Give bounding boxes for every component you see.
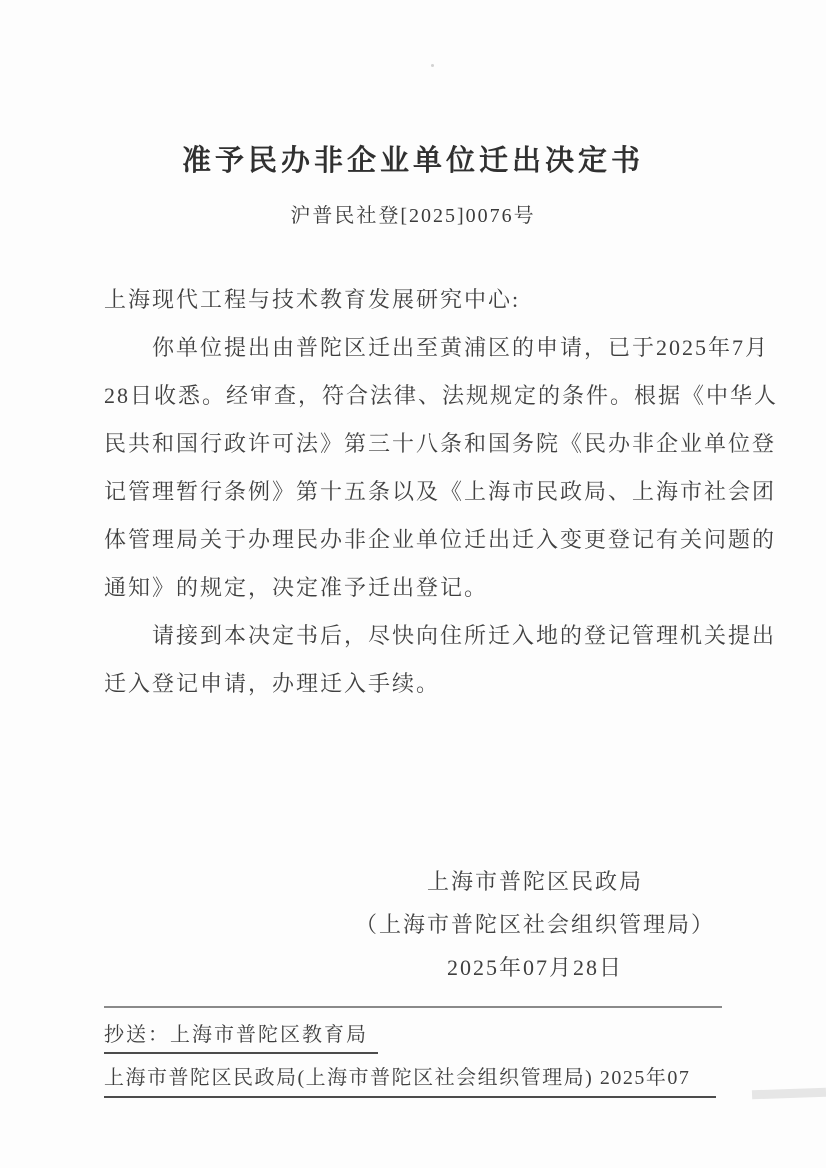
signature-date: 2025年07月28日 — [330, 946, 740, 989]
signature-block: 上海市普陀区民政局 （上海市普陀区社会组织管理局） 2025年07月28日 — [330, 860, 740, 989]
document-body: 上海现代工程与技术教育发展研究中心: 你单位提出由普陀区迁出至黄浦区的申请，已于… — [104, 276, 726, 708]
footer-divider — [104, 1006, 722, 1008]
body-line: 体管理局关于办理民办非企业单位迁出迁入变更登记有关问题的 — [104, 516, 726, 564]
body-line: 迁入登记申请，办理迁入手续。 — [104, 660, 726, 708]
cc-line: 抄送：上海市普陀区教育局 — [104, 1018, 378, 1054]
issuer-line: 上海市普陀区民政局(上海市普陀区社会组织管理局) 2025年07 — [104, 1061, 716, 1098]
signature-org-alt: （上海市普陀区社会组织管理局） — [330, 903, 740, 946]
scan-artifact-smudge — [752, 1088, 826, 1100]
body-line: 民共和国行政许可法》第三十八条和国务院《民办非企业单位登 — [104, 420, 726, 468]
scanned-document-page: 准予民办非企业单位迁出决定书 沪普民社登[2025]0076号 上海现代工程与技… — [0, 0, 826, 1168]
body-line: 请接到本决定书后，尽快向住所迁入地的登记管理机关提出 — [104, 612, 726, 660]
document-title: 准予民办非企业单位迁出决定书 — [0, 138, 826, 179]
document-number: 沪普民社登[2025]0076号 — [0, 199, 826, 228]
salutation-line: 上海现代工程与技术教育发展研究中心: — [104, 276, 726, 324]
scan-artifact-speck — [431, 64, 434, 67]
body-line: 28日收悉。经审查，符合法律、法规规定的条件。根据《中华人 — [104, 372, 726, 420]
signature-org: 上海市普陀区民政局 — [330, 860, 740, 903]
body-line: 记管理暂行条例》第十五条以及《上海市民政局、上海市社会团 — [104, 468, 726, 516]
body-line: 通知》的规定，决定准予迁出登记。 — [104, 564, 726, 612]
body-line: 你单位提出由普陀区迁出至黄浦区的申请，已于2025年7月 — [104, 324, 726, 372]
